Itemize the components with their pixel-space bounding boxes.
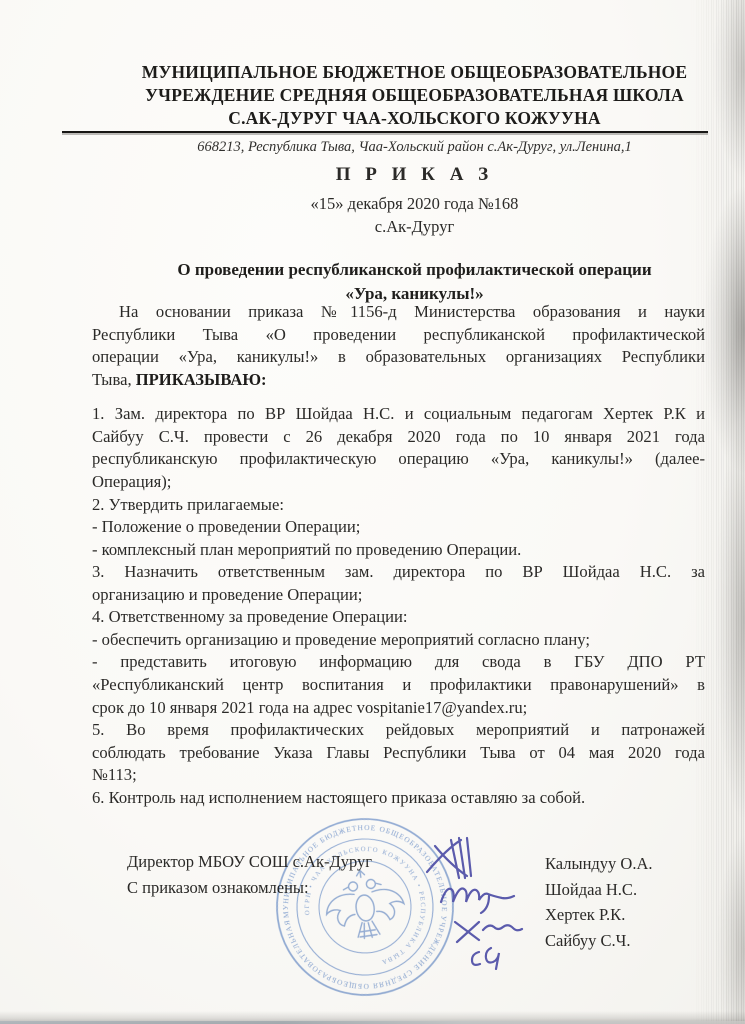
order-item-5: 5. Во время профилактических рейдовых ме…	[92, 719, 705, 742]
order-subitem: - обеспечить организацию и проведение ме…	[92, 629, 705, 652]
signature-strokes	[415, 830, 580, 970]
org-name-line1: МУНИЦИПАЛЬНОЕ БЮДЖЕТНОЕ ОБЩЕОБРАЗОВАТЕЛЬ…	[108, 61, 721, 84]
body-row: организацию и проведение Операции;	[92, 584, 705, 607]
order-date-number: «15» декабря 2020 года №168	[92, 194, 721, 214]
body-row: операции «Ура, каникулы!» в образователь…	[92, 346, 705, 369]
header-divider-rule	[62, 131, 708, 133]
handwritten-signatures	[415, 830, 580, 970]
scan-edge-streaks	[691, 0, 745, 1024]
body-row: соблюдать требование Указа Главы Республ…	[92, 742, 705, 765]
body-row: Сайбуу С.Ч. провести с 26 декабря 2020 г…	[92, 426, 705, 449]
doc-type-title: П Р И К А З	[92, 164, 721, 186]
body-row: Республики Тыва «О проведении республика…	[92, 324, 705, 347]
signature-saibuu	[472, 948, 499, 969]
order-subject-line1: О проведении республиканской профилактич…	[92, 260, 721, 280]
org-name-line3: С.АК-ДУРУГ ЧАА-ХОЛЬСКОГО КОЖУУНА	[108, 107, 721, 130]
scanned-order-document: МУНИЦИПАЛЬНОЕ БЮДЖЕТНОЕ ОБЩЕОБРАЗОВАТЕЛЬ…	[0, 0, 745, 1024]
body-row-resolve: Тыва, ПРИКАЗЫВАЮ:	[92, 369, 705, 392]
body-row: №113;	[92, 764, 705, 787]
order-item-3: 3. Назначить ответственным зам. директор…	[92, 561, 705, 584]
order-subitem: - представить итоговую информацию для св…	[92, 651, 705, 674]
body-row: Операция);	[92, 471, 705, 494]
resolve-prefix: Тыва,	[92, 370, 136, 389]
body-row: республиканскую профилактическую операци…	[92, 448, 705, 471]
order-subitem: - Положение о проведении Операции;	[92, 516, 705, 539]
order-body: На основании приказа №1156-д Министерств…	[92, 301, 705, 809]
org-name-line2: УЧРЕЖДЕНИЕ СРЕДНЯЯ ОБЩЕОБРАЗОВАТЕЛЬНАЯ Ш…	[108, 84, 721, 107]
order-item-1: 1. Зам. директора по ВР Шойдаа Н.С. и со…	[92, 403, 705, 426]
double-headed-eagle-icon	[321, 865, 408, 943]
order-item-2: 2. Утвердить прилагаемые:	[92, 494, 705, 517]
order-item-4: 4. Ответственному за проведение Операции…	[92, 606, 705, 629]
body-row: «Республиканский центр воспитания и проф…	[92, 674, 705, 697]
org-address: 668213, Республика Тыва, Чаа-Хольский ра…	[92, 139, 721, 156]
body-row: На основании приказа №1156-д Министерств…	[92, 301, 705, 324]
body-row: срок до 10 января 2021 года на адрес vos…	[92, 697, 705, 720]
signature-shoidaa	[441, 889, 514, 913]
resolve-word: ПРИКАЗЫВАЮ:	[136, 370, 267, 389]
signature-kalynduu	[427, 838, 471, 878]
org-name-header: МУНИЦИПАЛЬНОЕ БЮДЖЕТНОЕ ОБЩЕОБРАЗОВАТЕЛЬ…	[92, 61, 721, 130]
order-subitem: - комплексный план мероприятий по провед…	[92, 539, 705, 562]
order-place: с.Ак-Дуруг	[92, 217, 721, 237]
signature-khertek	[455, 922, 522, 942]
